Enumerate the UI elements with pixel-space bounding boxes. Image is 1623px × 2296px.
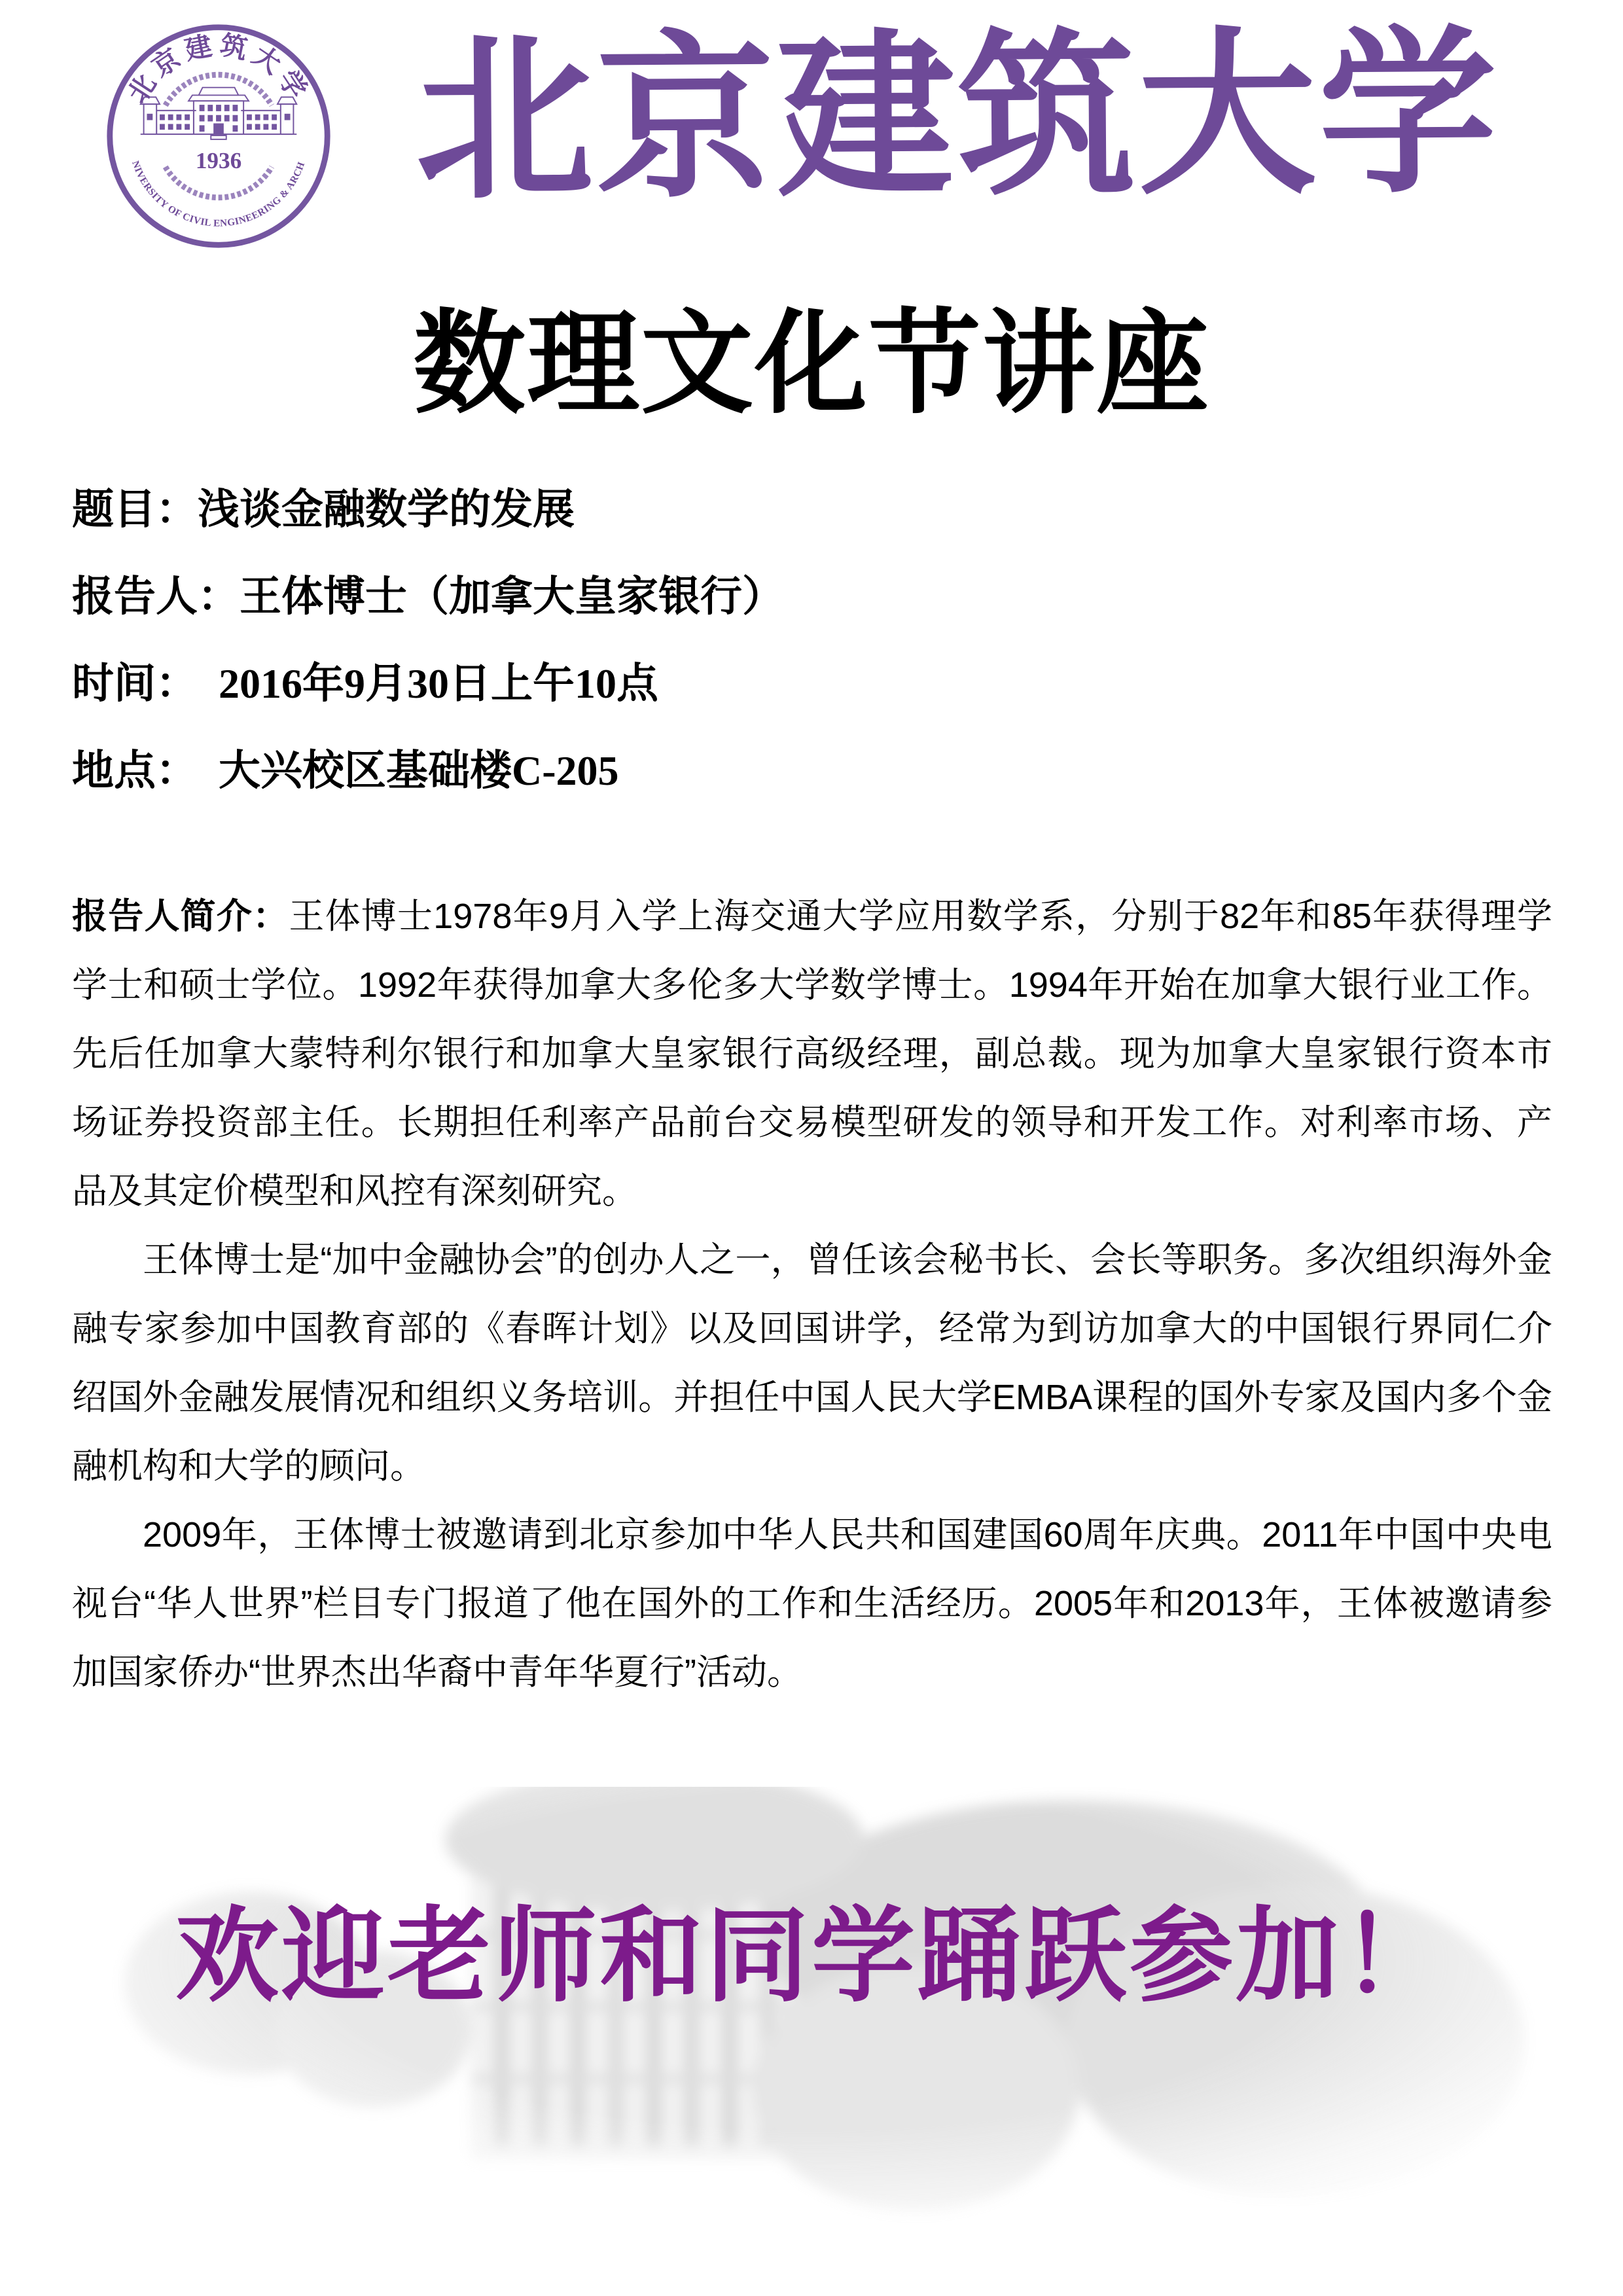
seal-icon: 北京建筑大学 1936 BEIJING UNIVERSITY OF CIVIL … bbox=[103, 21, 334, 251]
detail-value: 浅谈金融数学的发展 bbox=[198, 486, 575, 533]
speaker-bio: 报告人简介：王体博士1978年9月入学上海交通大学应用数学系，分别于82年和85… bbox=[72, 882, 1552, 1707]
lecture-poster: 北京建筑大学 1936 BEIJING UNIVERSITY OF CIVIL … bbox=[0, 0, 1623, 2296]
bio-paragraph-3: 2009年，王体博士被邀请到北京参加中华人民共和国建国60周年庆典。2011年中… bbox=[72, 1501, 1552, 1707]
detail-value: 2016年9月30日上午10点 bbox=[177, 660, 658, 707]
detail-row-location: 地点： 大兴校区基础楼C-205 bbox=[72, 727, 1558, 814]
detail-row-time: 时间： 2016年9月30日上午10点 bbox=[72, 640, 1558, 727]
detail-label: 题目： bbox=[72, 486, 198, 533]
seal-year: 1936 bbox=[196, 148, 241, 173]
poster-title: 数理文化节讲座 bbox=[0, 274, 1623, 435]
detail-label: 时间： bbox=[72, 660, 177, 707]
detail-row-topic: 题目：浅谈金融数学的发展 bbox=[72, 466, 1558, 553]
university-seal-logo: 北京建筑大学 1936 BEIJING UNIVERSITY OF CIVIL … bbox=[103, 21, 334, 251]
lecture-details: 题目：浅谈金融数学的发展 报告人：王体博士（加拿大皇家银行） 时间： 2016年… bbox=[72, 466, 1558, 814]
detail-label: 地点： bbox=[72, 747, 177, 794]
university-name-calligraphy: 北京建筑大学 bbox=[415, 8, 1529, 229]
detail-row-speaker: 报告人：王体博士（加拿大皇家银行） bbox=[72, 553, 1558, 640]
building-watermark-icon bbox=[79, 1787, 1544, 2284]
bio-intro-text: 王体博士1978年9月入学上海交通大学应用数学系，分别于82年和85年获得理学学… bbox=[72, 897, 1552, 1211]
bio-intro-label: 报告人简介： bbox=[72, 897, 289, 936]
detail-value: 大兴校区基础楼C-205 bbox=[177, 747, 619, 794]
building-watermark-image bbox=[79, 1787, 1544, 2284]
bio-paragraph-2: 王体博士是“加中金融协会”的创办人之一，曾任该会秘书长、会长等职务。多次组织海外… bbox=[72, 1226, 1552, 1501]
bio-paragraph-1: 报告人简介：王体博士1978年9月入学上海交通大学应用数学系，分别于82年和85… bbox=[72, 882, 1552, 1226]
detail-label: 报告人： bbox=[72, 573, 240, 620]
detail-value: 王体博士（加拿大皇家银行） bbox=[240, 573, 784, 620]
welcome-banner: 欢迎老师和同学踊跃参加！ bbox=[0, 1873, 1623, 2022]
